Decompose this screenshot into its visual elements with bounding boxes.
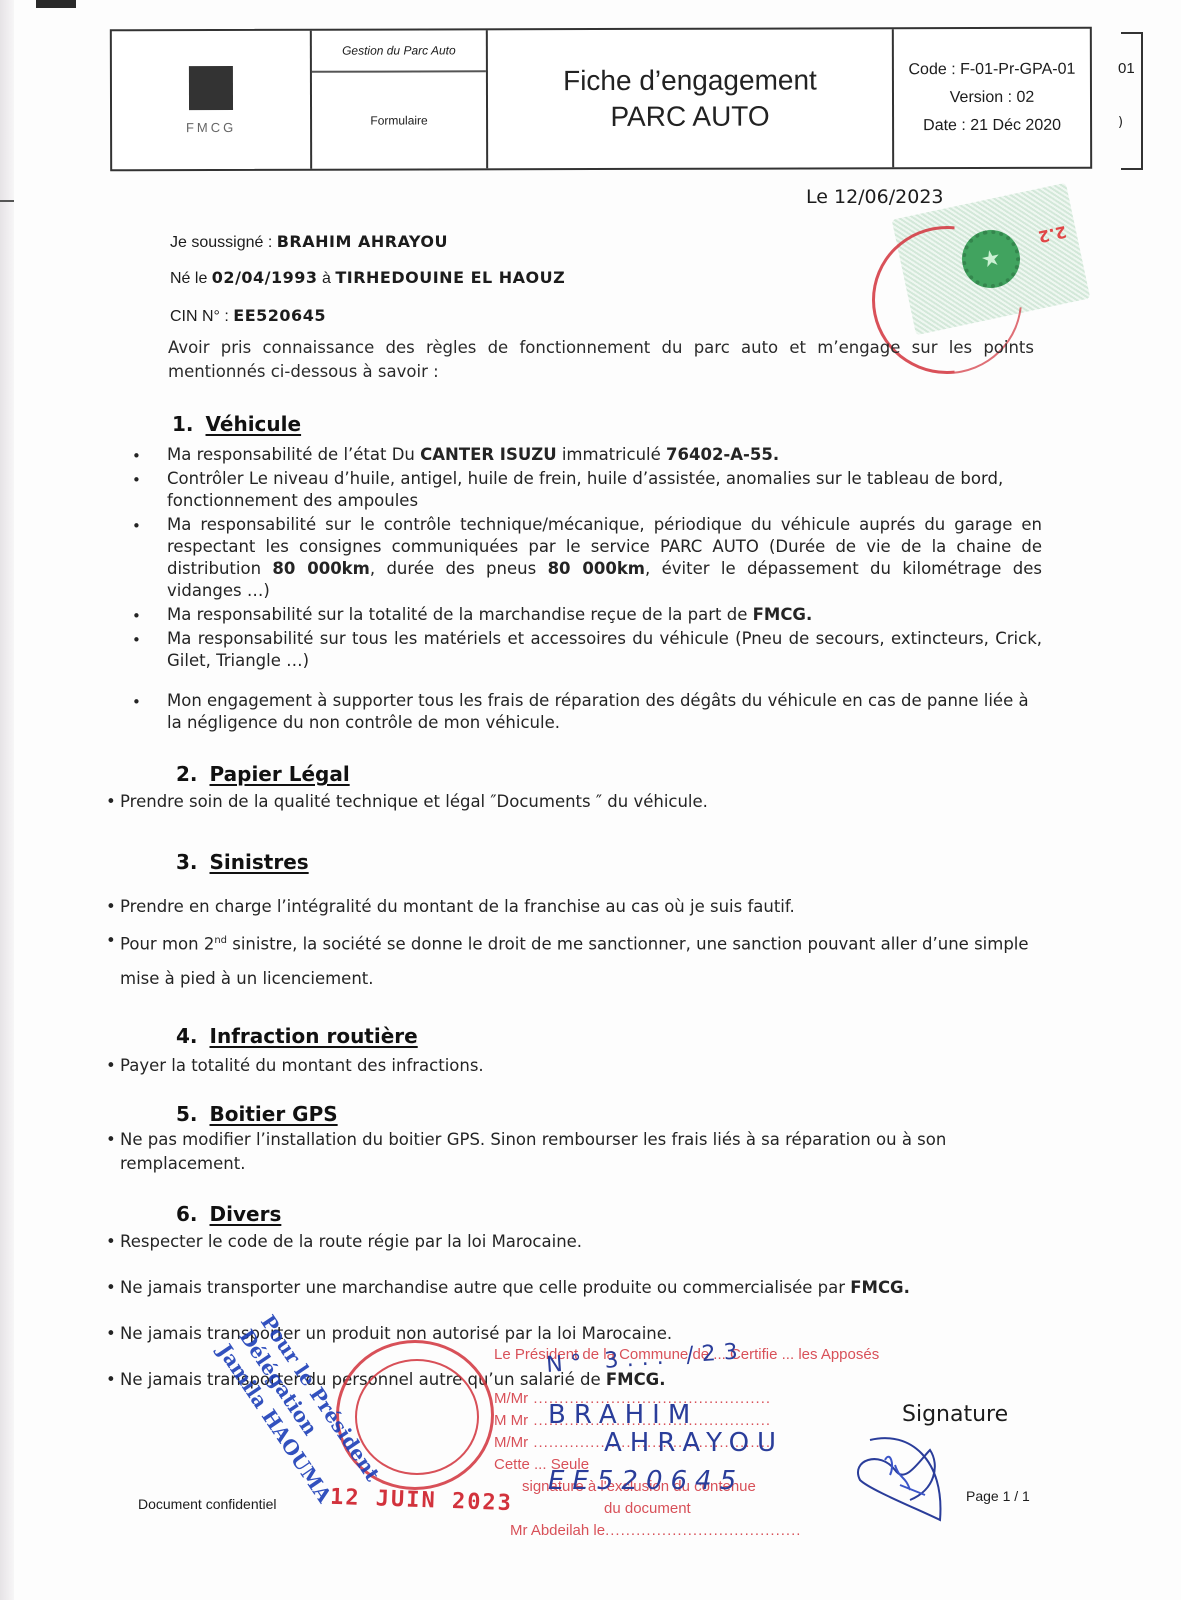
list-item: Mon engagement à supporter tous les frai… <box>132 690 1042 734</box>
doc-version: Version : 02 <box>950 89 1035 107</box>
section-title-sinistres: 3.Sinistres <box>176 850 309 874</box>
handwritten-first-name: BRAHIM <box>548 1400 698 1430</box>
section-number: 6. <box>176 1202 198 1226</box>
list-item: Ne pas modifier l’installation du boitie… <box>106 1128 1056 1176</box>
doc-code: Code : F-01-Pr-GPA-01 <box>908 61 1075 79</box>
tyre-km: 80 000km <box>548 559 645 578</box>
company-ref: FMCG. <box>753 605 813 624</box>
list-item: Pour mon 2nd sinistre, la société se don… <box>106 924 1056 996</box>
section-list-infraction: Payer la totalité du montant des infract… <box>106 1054 1056 1078</box>
star-seal-icon: ★ <box>957 225 1026 294</box>
text: Ne pas modifier l’installation du boitie… <box>120 1130 946 1173</box>
name-label: Je soussigné : <box>170 234 277 251</box>
company-logo-icon <box>189 65 233 109</box>
section-list-papier-legal: Prendre soin de la qualité technique et … <box>106 790 1056 814</box>
department-label: Gestion du Parc Auto <box>312 30 486 72</box>
company-name: FMCG <box>186 119 236 134</box>
birth-date: 02/04/1993 <box>212 268 318 287</box>
distribution-chain-km: 80 000km <box>272 559 369 578</box>
header-category-cell: Gestion du Parc Auto Formulaire <box>312 30 488 168</box>
handwritten-cin: EE520645 <box>548 1466 744 1496</box>
section-label: Papier Légal <box>210 762 350 786</box>
cin-line: CIN N° : EE520645 <box>170 306 326 326</box>
document-title: Fiche d’engagement PARC AUTO <box>488 29 894 168</box>
page-number: Page 1 / 1 <box>966 1488 1030 1504</box>
list-item: Prendre en charge l’intégralité du monta… <box>106 890 1056 924</box>
red-date-stamp: 12 JUIN 2023 <box>330 1485 514 1516</box>
document-header: FMCG Gestion du Parc Auto Formulaire Fic… <box>110 27 1092 172</box>
birth-place: TIRHEDOUINE EL HAOUZ <box>335 268 565 287</box>
scan-edge-tick <box>0 200 14 202</box>
section-number: 3. <box>176 850 198 874</box>
list-item: Ma responsabilité sur tous les matériels… <box>132 628 1042 672</box>
confidential-label: Document confidentiel <box>138 1496 277 1512</box>
text: Payer la totalité du montant des infract… <box>120 1056 484 1075</box>
company-ref: FMCG. <box>850 1278 910 1297</box>
intro-paragraph: Avoir pris connaissance des règles de fo… <box>168 336 1034 384</box>
doc-date: Date : 21 Déc 2020 <box>923 117 1061 135</box>
section-list-vehicule: Ma responsabilité de l’état Du CANTER IS… <box>132 444 1042 736</box>
text: Prendre en charge l’intégralité du monta… <box>120 897 795 916</box>
section-number: 4. <box>176 1024 198 1048</box>
section-label: Infraction routière <box>210 1024 418 1048</box>
text: Ne jamais transporter un produit non aut… <box>120 1324 672 1343</box>
birth-line: Né le 02/04/1993 à TIRHEDOUINE EL HAOUZ <box>170 268 565 288</box>
legal-line: M/Mr <box>494 1434 528 1451</box>
legal-line: M Mr <box>494 1412 528 1429</box>
text: Ma responsabilité sur la totalité de la … <box>167 605 753 624</box>
logo-cell: FMCG <box>112 31 312 170</box>
section-label: Véhicule <box>206 412 302 436</box>
cin-label: CIN N° : <box>170 308 233 325</box>
text: Respecter le code de la route régie par … <box>120 1232 582 1251</box>
list-item: Contrôler Le niveau d’huile, antigel, hu… <box>132 468 1042 512</box>
cin-number: EE520645 <box>233 306 326 325</box>
section-title-infraction: 4.Infraction routière <box>176 1024 418 1048</box>
section-title-vehicule: 1.Véhicule <box>172 412 301 436</box>
text: Ne jamais transporter une marchandise au… <box>120 1278 850 1297</box>
section-label: Divers <box>210 1202 282 1226</box>
title-line-2: PARC AUTO <box>610 99 769 136</box>
text: Ma responsabilité de l’état Du <box>167 445 420 464</box>
section-title-papier-legal: 2.Papier Légal <box>176 762 350 786</box>
title-line-1: Fiche d’engagement <box>563 62 817 99</box>
section-label: Sinistres <box>210 850 309 874</box>
document-date: Le 12/06/2023 <box>806 186 944 208</box>
section-list-gps: Ne pas modifier l’installation du boitie… <box>106 1128 1056 1176</box>
text: Ma responsabilité sur tous les matériels… <box>167 629 1042 670</box>
doc-type-label: Formulaire <box>312 72 486 168</box>
text: Prendre soin de la qualité technique et … <box>120 792 708 811</box>
section-title-gps: 5.Boitier GPS <box>176 1102 338 1126</box>
list-item: Respecter le code de la route régie par … <box>106 1230 1056 1254</box>
signatory-line: Je soussigné : BRAHIM AHRAYOU <box>170 232 448 252</box>
vehicle-plate: 76402-A-55. <box>666 445 779 464</box>
fiscal-stamp-value: 2.2 <box>1036 222 1068 246</box>
adjacent-page-edge <box>1121 32 1143 170</box>
birth-label: Né le <box>170 270 212 287</box>
section-label: Boitier GPS <box>210 1102 338 1126</box>
text: Mon engagement à supporter tous les frai… <box>167 691 1029 732</box>
list-item: Payer la totalité du montant des infract… <box>106 1054 1056 1078</box>
text: sinistre, la société se donne le droit d… <box>120 935 1029 988</box>
list-item: Ma responsabilité de l’état Du CANTER IS… <box>132 444 1042 466</box>
document-meta: Code : F-01-Pr-GPA-01 Version : 02 Date … <box>894 29 1090 168</box>
birth-at: à <box>318 270 336 287</box>
legal-line: M/Mr <box>494 1390 528 1407</box>
handwritten-last-name: AHRAYOU <box>604 1428 784 1458</box>
legal-line: Mr Abdeilah le <box>510 1522 605 1539</box>
signature-scribble-icon <box>850 1420 960 1530</box>
text: , durée des pneus <box>370 559 548 578</box>
text: Pour mon 2 <box>120 935 214 954</box>
ordinal-suffix: nd <box>214 935 227 946</box>
adjacent-page-text: 01 <box>1118 60 1135 77</box>
section-number: 5. <box>176 1102 198 1126</box>
list-item: Prendre soin de la qualité technique et … <box>106 790 1056 814</box>
section-number: 1. <box>172 412 194 436</box>
legal-line: du document <box>494 1498 824 1520</box>
text: Contrôler Le niveau d’huile, antigel, hu… <box>167 469 1003 510</box>
adjacent-page-text-2: ) <box>1118 115 1123 130</box>
list-item: Ma responsabilité sur le contrôle techni… <box>132 514 1042 602</box>
section-number: 2. <box>176 762 198 786</box>
section-title-divers: 6.Divers <box>176 1202 281 1226</box>
signatory-name: BRAHIM AHRAYOU <box>277 232 448 251</box>
section-list-sinistres: Prendre en charge l’intégralité du monta… <box>106 890 1056 996</box>
scan-edge <box>0 0 14 1600</box>
vehicle-model: CANTER ISUZU <box>420 445 556 464</box>
list-item: Ne jamais transporter une marchandise au… <box>106 1276 1056 1300</box>
text: immatriculé <box>557 445 666 464</box>
list-item: Ma responsabilité sur la totalité de la … <box>132 604 1042 626</box>
scan-edge-mark <box>36 0 76 8</box>
